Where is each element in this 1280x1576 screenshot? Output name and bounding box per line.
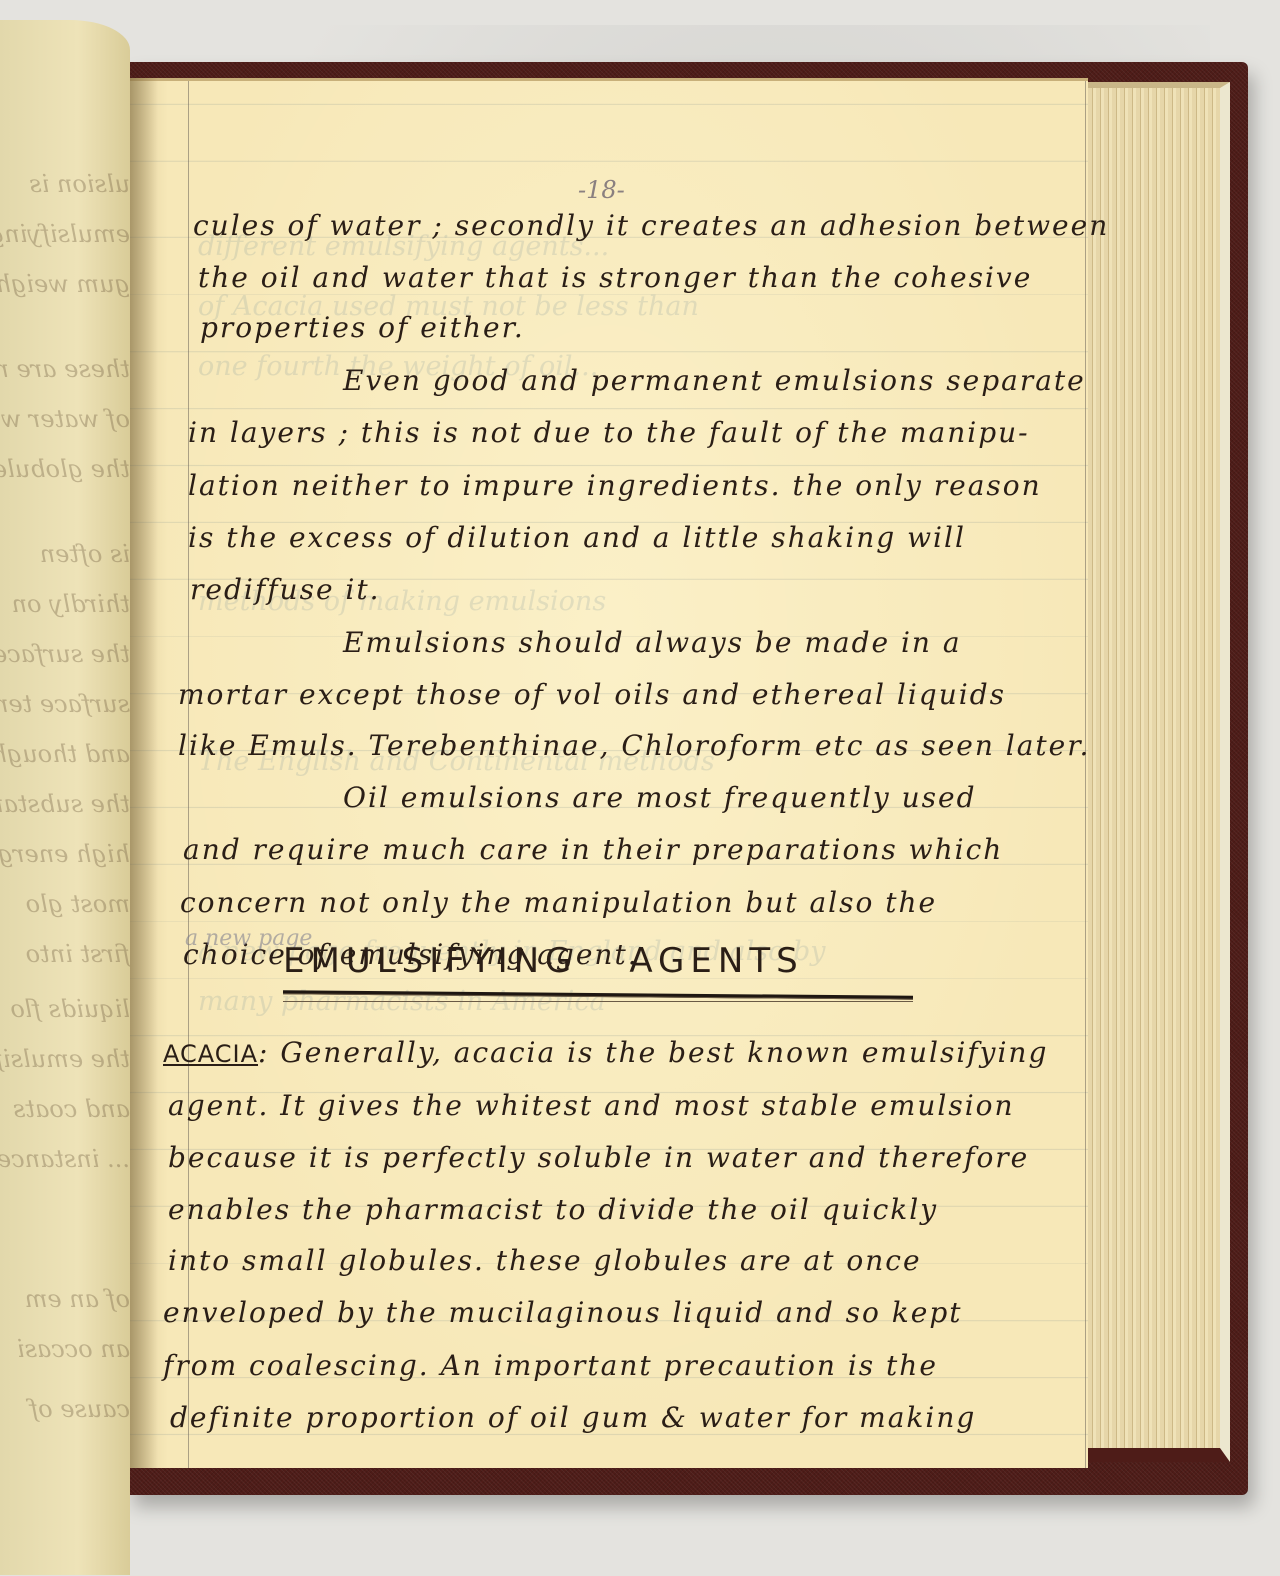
text-line: properties of either. [200, 311, 525, 344]
text-line: enveloped by the mucilaginous liquid and… [163, 1296, 963, 1329]
mirrored-text: of water wit [0, 405, 130, 433]
mirrored-text: of an em [0, 1285, 130, 1313]
text-line: because it is perfectly soluble in water… [168, 1141, 1029, 1174]
mirrored-text: the globule [0, 455, 130, 483]
text-line: Oil emulsions are most frequently used [343, 781, 977, 814]
text-line: lation neither to impure ingredients. th… [188, 469, 1042, 502]
text-line: cules of water ; secondly it creates an … [193, 209, 1109, 242]
mirrored-text: these are m [0, 355, 130, 383]
text-line: from coalescing. An important precaution… [163, 1349, 938, 1382]
mirrored-text: is often [0, 540, 130, 568]
heading-word-emulsifying: EMULSIFYING [283, 941, 577, 981]
mirrored-text: the emulsify [0, 1045, 130, 1073]
text-line: like Emuls. Terebenthinae, Chloroform et… [178, 729, 1090, 762]
heading-underline-thin [283, 1001, 913, 1002]
text-line: Generally, acacia is the best known emul… [280, 1036, 1048, 1069]
mirrored-text: and coats [0, 1095, 130, 1123]
page-edges-stack [1080, 82, 1230, 1462]
text-line: definite proportion of oil gum & water f… [170, 1401, 976, 1434]
text-line: is the excess of dilution and a little s… [188, 521, 966, 554]
right-margin-line [1085, 81, 1086, 1468]
mirrored-text: first into [0, 940, 130, 968]
mirrored-text: the substan [0, 790, 130, 818]
heading-word-agents: AGENTS [629, 941, 803, 981]
gutter-shadow [128, 78, 158, 1468]
mirrored-text: an occasi [0, 1335, 130, 1363]
mirrored-text: high energy [0, 840, 130, 868]
text-line: Even good and permanent emulsions separa… [343, 364, 1086, 397]
mirrored-text: ulsion is [0, 170, 130, 198]
text-line: concern not only the manipulation but al… [180, 886, 937, 919]
section-heading: EMULSIFYINGAGENTS [283, 941, 804, 981]
text-line: enables the pharmacist to divide the oil… [168, 1193, 938, 1226]
text-line: mortar except those of vol oils and ethe… [178, 678, 1006, 711]
mirrored-text: and though [0, 740, 130, 768]
mirrored-text: thirdly on [0, 590, 130, 618]
acacia-separator: : [258, 1036, 269, 1069]
mirrored-text: emulsifying [0, 220, 130, 248]
notebook-page-right: different emulsifying agents... of Acaci… [128, 78, 1088, 1468]
mirrored-text: cause of [0, 1395, 130, 1423]
text-line: and require much care in their preparati… [183, 833, 1003, 866]
mirrored-text: most glo [0, 890, 130, 918]
mirrored-text: gum weight [0, 270, 130, 298]
page-number: -18- [578, 176, 625, 204]
text-line: in layers ; this is not due to the fault… [188, 416, 1030, 449]
notebook-page-left: ulsion is emulsifying gum weight these a… [0, 20, 130, 1575]
text-line: rediffuse it. [190, 573, 381, 606]
text-line: agent. It gives the whitest and most sta… [168, 1089, 1015, 1122]
mirrored-text: liquids flo [0, 995, 130, 1023]
mirrored-text: ... instances [0, 1145, 130, 1173]
text-line: into small globules. these globules are … [168, 1244, 922, 1277]
text-line: Emulsions should always be made in a [343, 626, 962, 659]
acacia-first-line: ACACIA: Generally, acacia is the best kn… [163, 1036, 1048, 1069]
mirrored-text: surface tens [0, 690, 130, 718]
mirrored-text: the surface [0, 640, 130, 668]
text-line: the oil and water that is stronger than … [198, 261, 1032, 294]
acacia-label: ACACIA [163, 1040, 258, 1068]
